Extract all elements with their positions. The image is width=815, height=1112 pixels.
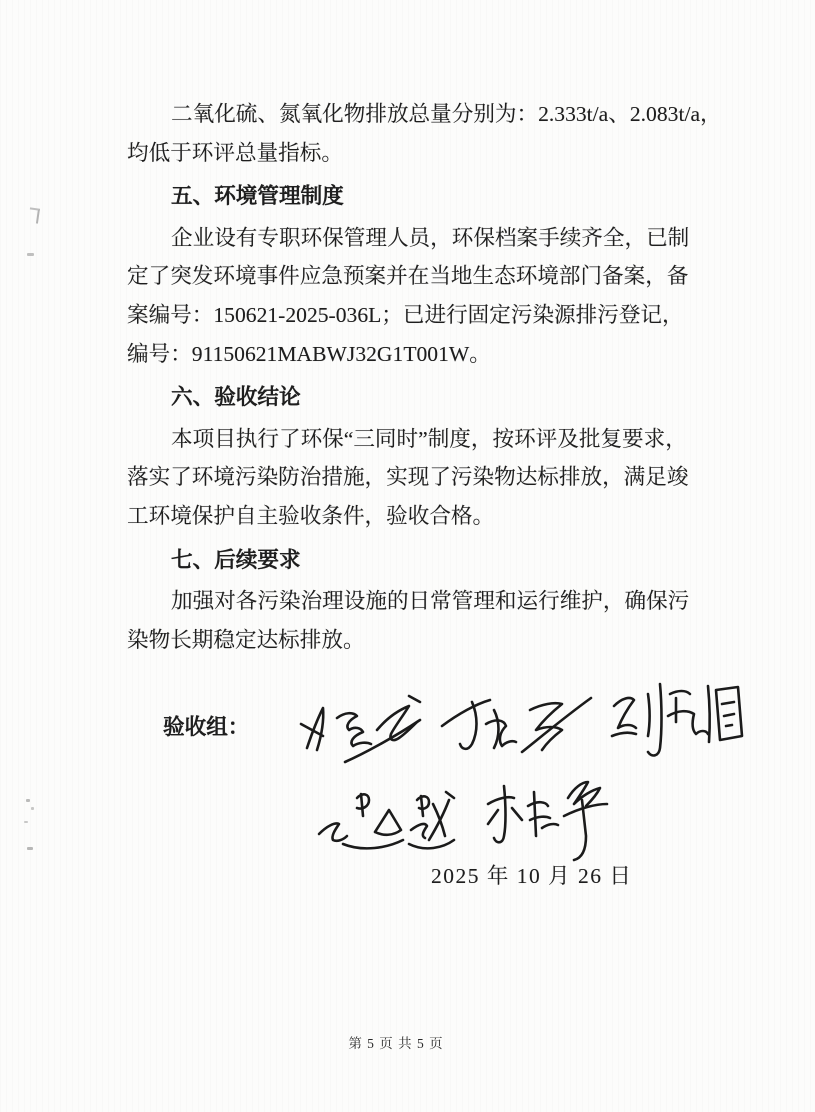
text-line: 落实了环境污染防治措施，实现了污染物达标排放，满足竣	[127, 458, 707, 497]
section-heading: 六、验收结论	[127, 378, 707, 417]
signature-1	[293, 690, 425, 772]
scan-artifact	[27, 253, 34, 256]
scan-artifact	[28, 207, 40, 223]
text-line: 本项目执行了环保“三同时”制度，按环评及批复要求，	[127, 420, 707, 459]
text-line: 加强对各污染治理设施的日常管理和运行维护，确保污	[127, 582, 707, 621]
signature-5	[478, 770, 613, 865]
acceptance-group-label: 验收组：	[163, 710, 249, 741]
scan-artifact	[27, 847, 33, 850]
page-number-footer: 第 5 页 共 5 页	[0, 1032, 792, 1052]
document-date: 2025 年 10 月 26 日	[431, 859, 632, 890]
section-heading: 七、后续要求	[127, 541, 707, 580]
signature-3	[596, 676, 746, 771]
text-line: 企业设有专职环保管理人员，环保档案手续齐全，已制	[127, 219, 707, 258]
scan-artifact	[31, 807, 34, 810]
text-line: 编号：91150621MABWJ32G1T001W。	[127, 335, 707, 374]
text-line: 定了突发环境事件应急预案并在当地生态环境部门备案，备	[127, 257, 707, 296]
scan-artifact	[26, 799, 30, 802]
document-body: 二氧化硫、氮氧化物排放总量分别为：2.333t/a、2.083t/a，均低于环评…	[127, 95, 707, 659]
scanned-document-page: 二氧化硫、氮氧化物排放总量分别为：2.333t/a、2.083t/a，均低于环评…	[0, 0, 815, 1112]
text-line: 工环境保护自主验收条件，验收合格。	[127, 497, 707, 536]
text-line: 染物长期稳定达标排放。	[127, 621, 707, 660]
signature-4	[313, 782, 457, 852]
section-heading: 五、环境管理制度	[127, 177, 707, 216]
text-line: 二氧化硫、氮氧化物排放总量分别为：2.333t/a、2.083t/a，	[127, 95, 707, 134]
signature-2	[438, 688, 598, 764]
text-line: 均低于环评总量指标。	[127, 134, 707, 173]
text-line: 案编号：150621-2025-036L；已进行固定污染源排污登记，	[127, 296, 707, 335]
scan-artifact	[24, 821, 28, 823]
